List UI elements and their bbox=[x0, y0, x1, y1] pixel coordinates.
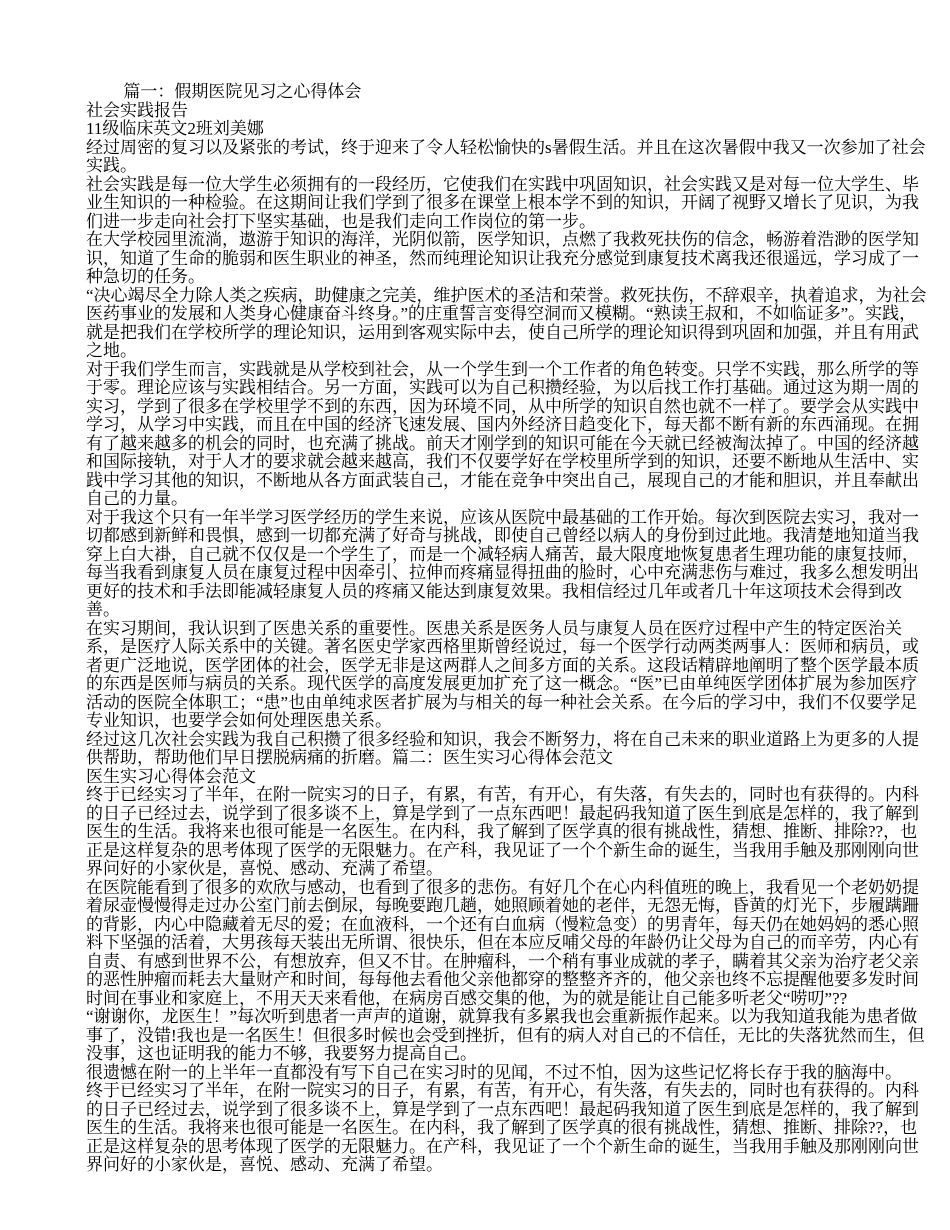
paragraph-regret-no-notes: 很遗憾在附一的上半年一直都没有写下自己在实习时的见闻，不过不怕，因为这些记忆将长… bbox=[86, 1064, 932, 1083]
paragraph-oath-quote: “决心竭尽全力除人类之疾病，助健康之完美，维护医术的圣洁和荣誉。救死扶伤，不辞艰… bbox=[86, 287, 932, 361]
paragraph-social-practice-value: 社会实践是每一位大学生必须拥有的一段经历，它使我们在实践中巩固知识，社会实践又是… bbox=[86, 176, 932, 232]
paragraph-section1-heading: 篇一：假期医院见习之心得体会 bbox=[86, 83, 932, 102]
paragraph-summer-intro: 经过周密的复习以及紧张的考试，终于迎来了令人轻松愉快的s暑假生活。并且在这次暑假… bbox=[86, 139, 932, 176]
paragraph-practice-summary-section2-marker: 经过这几次社会实践为我自己积攒了很多经验和知识，我会不断努力，将在自己未来的职业… bbox=[86, 731, 932, 768]
document-page: 篇一：假期医院见习之心得体会 社会实践报告 11级临床英文2班刘美娜 经过周密的… bbox=[0, 0, 950, 1230]
paragraph-hospital-stories: 在医院能看到了很多的欢欣与感动，也看到了很多的悲伤。有好几个在心内科值班的晚上，… bbox=[86, 879, 932, 1009]
paragraph-report-title: 社会实践报告 bbox=[86, 102, 932, 121]
paragraph-doctor-patient-relation: 在实习期间，我认识到了医患关系的重要性。医患关系是医务人员与康复人员在医疗过程中… bbox=[86, 620, 932, 731]
paragraph-thanks-dr-long: “谢谢你，龙医生！”每次听到患者一声声的道谢，就算我有多累我也会重新振作起来。以… bbox=[86, 1008, 932, 1064]
paragraph-half-year-internship: 终于已经实习了半年，在附一院实习的日子，有累，有苦，有开心，有失落，有失去的，同… bbox=[86, 786, 932, 879]
paragraph-half-year-internship-repeat: 终于已经实习了半年，在附一院实习的日子，有累，有苦，有开心，有失落，有失去的，同… bbox=[86, 1082, 932, 1175]
paragraph-hospital-basics: 对于我这个只有一年半学习医学经历的学生来说，应该从医院中最基础的工作开始。每次到… bbox=[86, 509, 932, 620]
paragraph-campus-reflection: 在大学校园里流淌，遨游于知识的海洋，光阴似箭，医学知识，点燃了我救死扶伤的信念，… bbox=[86, 231, 932, 287]
paragraph-practice-meaning: 对于我们学生而言，实践就是从学校到社会，从一个学生到一个工作者的角色转变。只学不… bbox=[86, 361, 932, 509]
paragraph-internship-essay-title: 医生实习心得体会范文 bbox=[86, 768, 932, 787]
paragraph-class-author: 11级临床英文2班刘美娜 bbox=[86, 120, 932, 139]
